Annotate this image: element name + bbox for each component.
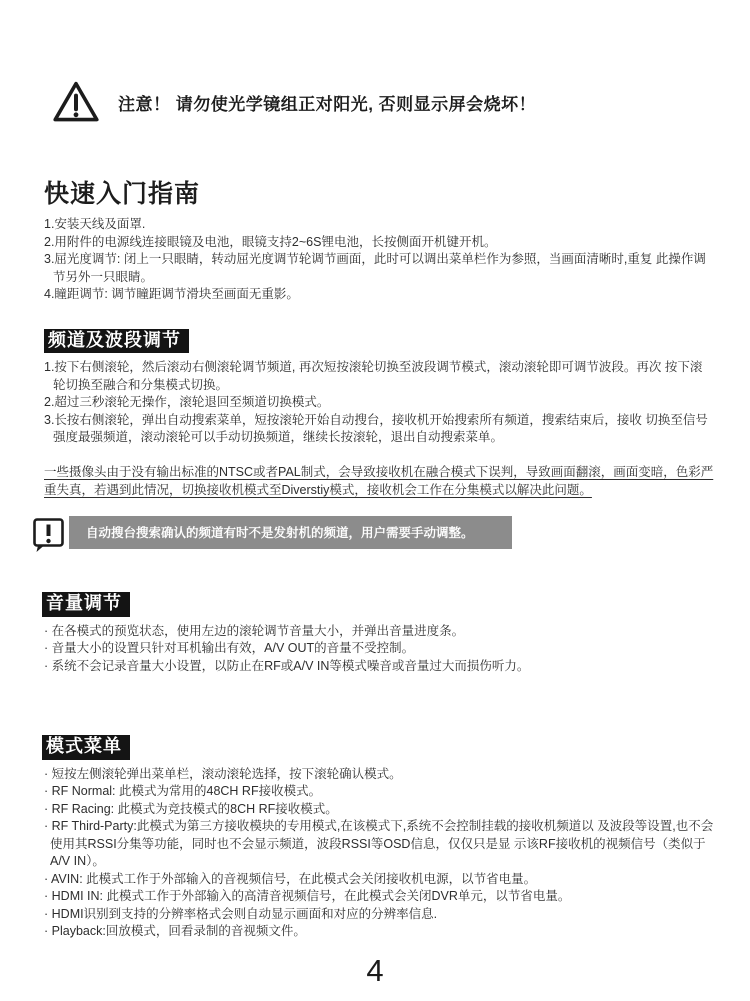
manual-page: 注意！ 请勿使光学镜组正对阳光, 否则显示屏会烧坏！ 快速入门指南 1.安装天线… [0, 0, 750, 1001]
section-mode-menu: 模式菜单 · 短按左侧滚轮弹出菜单栏，滚动滚轮选择，按下滚轮确认模式。 · RF… [44, 675, 714, 941]
mode-menu-item: · RF Third-Party:此模式为第三方接收模块的专用模式,在该模式下,… [44, 818, 714, 871]
mode-menu-item: · RF Racing: 此模式为竞技模式的8CH RF接收模式。 [44, 801, 714, 819]
section-title-volume: 音量调节 [42, 592, 130, 617]
quick-start-list: 1.安装天线及面罩. 2.用附件的电源线连接眼镜及电池，眼镜支持2~6S锂电池，… [44, 216, 714, 304]
mode-menu-item: · Playback:回放模式，回看录制的音视频文件。 [44, 923, 714, 941]
mode-menu-item: · HDMI IN: 此模式工作于外部输入的高清音视频信号，在此模式会关闭DVR… [44, 888, 714, 906]
section-quick-start: 快速入门指南 1.安装天线及面罩. 2.用附件的电源线连接眼镜及电池，眼镜支持2… [44, 174, 714, 304]
page-number: 4 [0, 953, 750, 989]
volume-item: · 音量大小的设置只针对耳机输出有效，A/V OUT的音量不受控制。 [44, 640, 714, 658]
section-title-quick-start: 快速入门指南 [44, 174, 714, 210]
quick-start-step: 3.屈光度调节: 闭上一只眼睛，转动屈光度调节轮调节画面，此时可以调出菜单栏作为… [44, 251, 714, 286]
channel-band-step: 1.按下右侧滚轮，然后滚动右侧滚轮调节频道, 再次短按滚轮切换至波段调节模式，滚… [44, 359, 714, 394]
volume-item: · 系统不会记录音量大小设置，以防止在RF或A/V IN等模式噪音或音量过大而损… [44, 658, 714, 676]
warning-triangle-icon [52, 80, 100, 124]
quick-start-step: 1.安装天线及面罩. [44, 216, 714, 234]
mode-menu-item: · 短按左侧滚轮弹出菜单栏，滚动滚轮选择，按下滚轮确认模式。 [44, 766, 714, 784]
warning-text: 注意！ 请勿使光学镜组正对阳光, 否则显示屏会烧坏！ [118, 90, 536, 115]
camera-format-warning: 一些摄像头由于没有输出标准的NTSC或者PAL制式，会导致接收机在融合模式下误判… [44, 463, 714, 499]
note-exclamation-icon [32, 517, 66, 555]
volume-item: · 在各模式的预览状态，使用左边的滚轮调节音量大小，并弹出音量进度条。 [44, 623, 714, 641]
channel-band-step: 3.长按右侧滚轮，弹出自动搜索菜单，短按滚轮开始自动搜台，接收机开始搜索所有频道… [44, 412, 714, 447]
section-volume: 音量调节 · 在各模式的预览状态，使用左边的滚轮调节音量大小，并弹出音量进度条。… [44, 555, 714, 675]
section-channel-band: 频道及波段调节 1.按下右侧滚轮，然后滚动右侧滚轮调节频道, 再次短按滚轮切换至… [44, 304, 714, 555]
channel-band-list: 1.按下右侧滚轮，然后滚动右侧滚轮调节频道, 再次短按滚轮切换至波段调节模式，滚… [44, 359, 714, 447]
note-callout-text: 自动搜台搜索确认的频道有时不是发射机的频道，用户需要手动调整。 [69, 516, 512, 549]
channel-band-step: 2.超过三秒滚轮无操作，滚轮退回至频道切换模式。 [44, 394, 714, 412]
mode-menu-item: · HDMI识别到支持的分辨率格式会则自动显示画面和对应的分辨率信息. [44, 906, 714, 924]
mode-menu-item: · RF Normal: 此模式为常用的48CH RF接收模式。 [44, 783, 714, 801]
mode-menu-item: · AVIN: 此模式工作于外部输入的音视频信号，在此模式会关闭接收机电源，以节… [44, 871, 714, 889]
volume-list: · 在各模式的预览状态，使用左边的滚轮调节音量大小，并弹出音量进度条。 · 音量… [44, 623, 714, 676]
section-title-mode-menu: 模式菜单 [42, 735, 130, 760]
mode-menu-list: · 短按左侧滚轮弹出菜单栏，滚动滚轮选择，按下滚轮确认模式。 · RF Norm… [44, 766, 714, 941]
quick-start-step: 2.用附件的电源线连接眼镜及电池，眼镜支持2~6S锂电池，长按侧面开机键开机。 [44, 234, 714, 252]
auto-search-note: 自动搜台搜索确认的频道有时不是发射机的频道，用户需要手动调整。 [32, 516, 714, 555]
quick-start-step: 4.瞳距调节: 调节瞳距调节滑块至画面无重影。 [44, 286, 714, 304]
section-title-channel-band: 频道及波段调节 [44, 329, 189, 354]
sunlight-warning: 注意！ 请勿使光学镜组正对阳光, 否则显示屏会烧坏！ [52, 80, 714, 124]
